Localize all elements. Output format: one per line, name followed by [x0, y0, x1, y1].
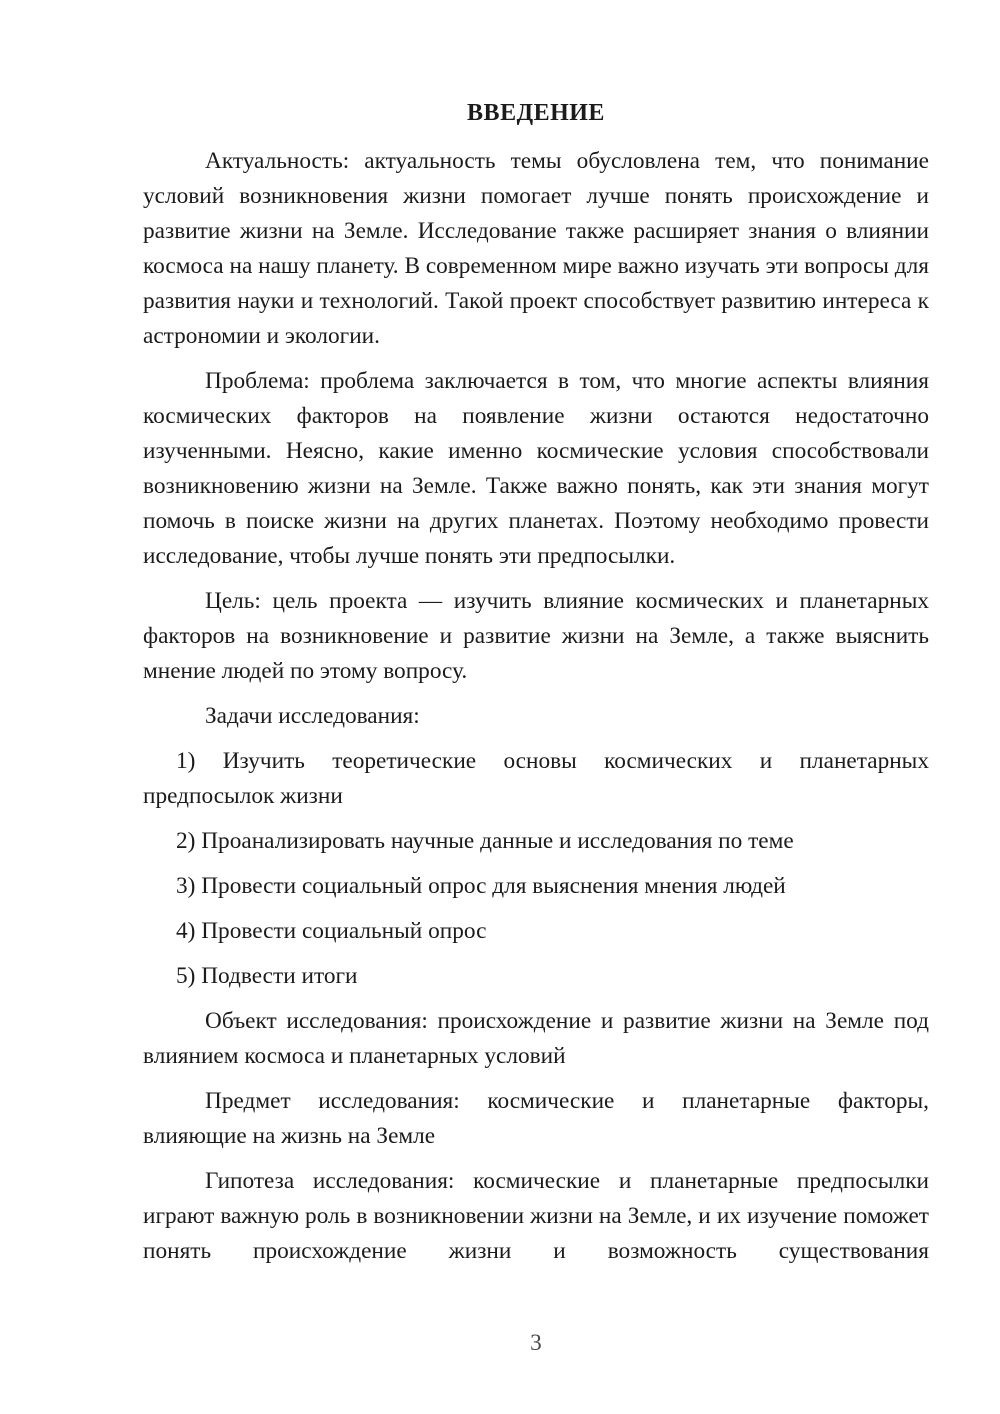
- task-item-5: 5) Подвести итоги: [143, 959, 929, 994]
- paragraph-problem: Проблема: проблема заключается в том, чт…: [143, 364, 929, 574]
- page-number: 3: [143, 1326, 929, 1361]
- task-item-1: 1) Изучить теоретические основы космичес…: [143, 744, 929, 814]
- tasks-label: Задачи исследования:: [143, 699, 929, 734]
- task-item-3: 3) Провести социальный опрос для выяснен…: [143, 869, 929, 904]
- paragraph-object: Объект исследования: происхождение и раз…: [143, 1004, 929, 1074]
- paragraph-goal: Цель: цель проекта — изучить влияние кос…: [143, 584, 929, 689]
- paragraph-subject: Предмет исследования: космические и план…: [143, 1084, 929, 1154]
- document-page: ВВЕДЕНИЕ Актуальность: актуальность темы…: [0, 0, 1000, 1414]
- section-heading: ВВЕДЕНИЕ: [143, 96, 929, 131]
- task-item-2: 2) Проанализировать научные данные и исс…: [143, 824, 929, 859]
- paragraph-relevance: Актуальность: актуальность темы обусловл…: [143, 144, 929, 354]
- task-item-4: 4) Провести социальный опрос: [143, 914, 929, 949]
- paragraph-hypothesis: Гипотеза исследования: космические и пла…: [143, 1164, 929, 1269]
- page-content: ВВЕДЕНИЕ Актуальность: актуальность темы…: [143, 96, 929, 1269]
